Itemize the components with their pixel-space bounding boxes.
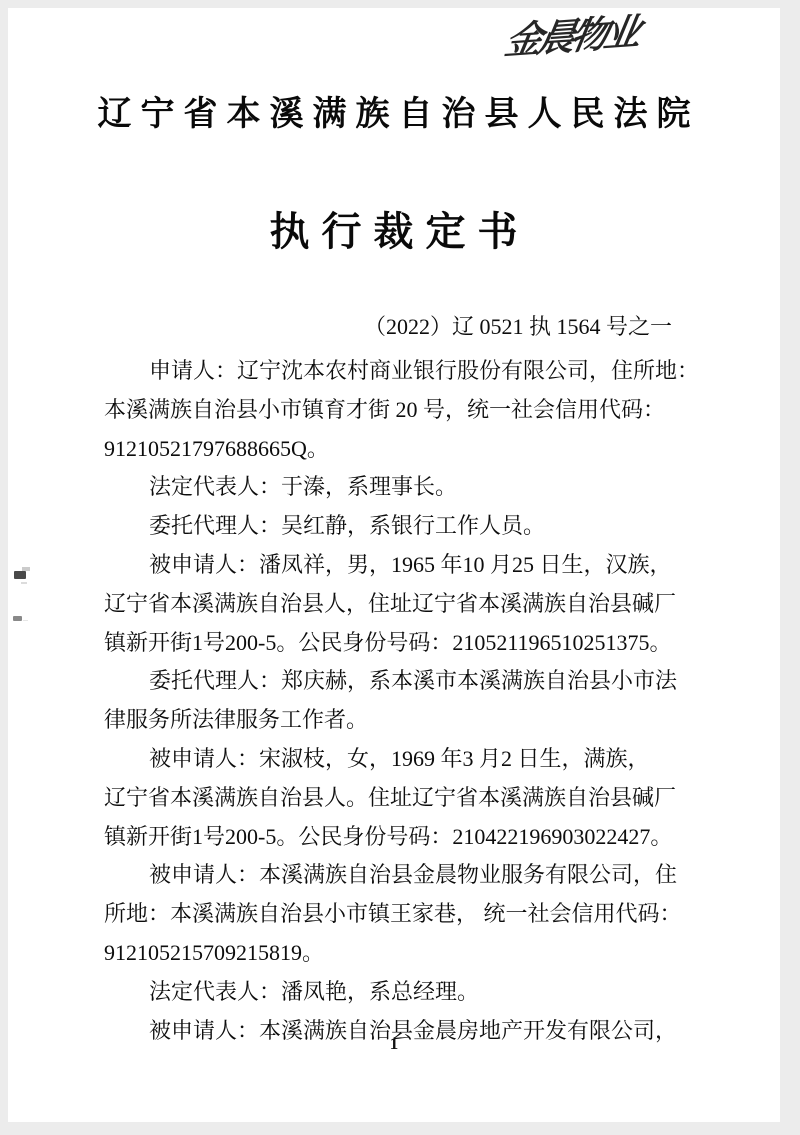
text-line: 律服务所法律服务工作者。 [104,701,704,740]
text-line: 辽宁省本溪满族自治县人，住址辽宁省本溪满族自治县碱厂 [104,585,704,624]
text-line: 被申请人：潘凤祥，男，1965 年10 月25 日生，汉族， [104,546,704,585]
text-line: 法定代表人：于溱，系理事长。 [104,468,704,507]
page-number: 1 [8,1034,780,1054]
text-line: 辽宁省本溪满族自治县人。住址辽宁省本溪满族自治县碱厂 [104,779,704,818]
text-line: 镇新开街1号200-5。公民身份号码：210422196903022427。 [104,818,704,857]
scan-smudge [14,571,26,579]
text-line: 法定代表人：潘凤艳，系总经理。 [104,973,704,1012]
text-line: 委托代理人：郑庆赫，系本溪市本溪满族自治县小市法 [104,662,704,701]
handwriting-annotation: 金晨物业 [501,0,700,65]
court-name: 辽宁省本溪满族自治县人民法院 [8,94,780,136]
text-line: 912105215709215819。 [104,934,704,973]
case-number: （2022）辽 0521 执 1564 号之一 [364,314,672,340]
text-line: 被申请人：宋淑枝，女，1969 年3 月2 日生，满族， [104,740,704,779]
text-line: 91210521797688665Q。 [104,430,704,469]
text-line: 被申请人：本溪满族自治县金晨物业服务有限公司，住 [104,856,704,895]
text-line: 委托代理人：吴红静，系银行工作人员。 [104,507,704,546]
text-line: 所地：本溪满族自治县小市镇王家巷， 统一社会信用代码： [104,895,704,934]
scan-smudge [13,616,22,621]
text-line: 本溪满族自治县小市镇育才街 20 号，统一社会信用代码： [104,391,704,430]
document-page: 金晨物业 辽宁省本溪满族自治县人民法院 执 行 裁 定 书 （2022）辽 05… [8,8,780,1122]
document-body: 申请人：辽宁沈本农村商业银行股份有限公司，住所地：本溪满族自治县小市镇育才街 2… [104,352,704,1050]
text-line: 镇新开街1号200-5。公民身份号码：210521196510251375。 [104,624,704,663]
document-title: 执 行 裁 定 书 [8,208,780,256]
text-line: 申请人：辽宁沈本农村商业银行股份有限公司，住所地： [104,352,704,391]
